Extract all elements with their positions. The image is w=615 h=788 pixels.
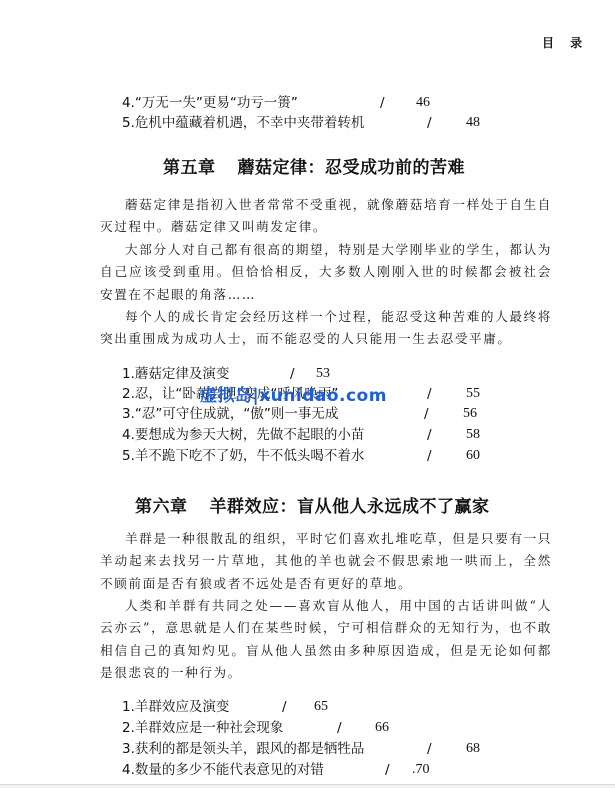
toc-entry-number: 4. — [122, 427, 135, 443]
toc-entry-number: 4. — [122, 95, 135, 111]
toc-entry-title: “万无一失”更易“功亏一篑” — [135, 95, 298, 111]
toc-entry-page-number: 46 — [416, 95, 430, 111]
chapter-5-paragraph-3: 每个人的成长肯定会经历这样一个过程，能忍受这种苦难的人最终将突出重围成为成功人士… — [100, 306, 552, 351]
toc-entry-page-number: 66 — [375, 720, 389, 736]
chapter-5-paragraph-2: 大部分人对自己都有很高的期望，特别是大学刚毕业的学生，都认为自己应该受到重用。但… — [100, 239, 552, 306]
toc-entry-number: 4. — [122, 762, 135, 778]
toc-entry-separator: / — [424, 406, 429, 422]
chapter-6-heading: 第六章羊群效应：盲从他人永远成不了赢家 — [135, 492, 490, 517]
chapter-6-paragraph-2: 人类和羊群有共同之处——喜欢盲从他人，用中国的古话讲叫做“人云亦云”，意思就是人… — [100, 595, 552, 685]
toc-entry-number: 3. — [122, 741, 135, 757]
toc-entry-number: 5. — [122, 115, 135, 131]
toc-entry[interactable]: 4.数量的多少不能代表意见的对错/.70 — [122, 762, 324, 778]
toc-entry[interactable]: 1.蘑菇定律及演变/53 — [122, 366, 229, 382]
chapter-5-title: 蘑菇定律：忍受成功前的苦难 — [238, 158, 466, 178]
toc-entry-page-number: .70 — [412, 762, 430, 778]
chapter-6-number: 第六章 — [135, 497, 188, 517]
toc-entry-separator: / — [427, 741, 432, 757]
toc-entry-separator: / — [427, 427, 432, 443]
toc-entry-page-number: 55 — [466, 386, 480, 402]
chapter-5-heading: 第五章蘑菇定律：忍受成功前的苦难 — [163, 153, 465, 178]
toc-entry[interactable]: 4.“万无一失”更易“功亏一篑”/46 — [122, 95, 298, 111]
toc-entry-number: 2. — [122, 720, 135, 736]
toc-entry-title: 获利的都是领头羊，跟风的都是牺牲品 — [135, 741, 365, 757]
chapter-6-paragraph-1: 羊群是一种很散乱的组织，平时它们喜欢扎堆吃草，但是只要有一只羊动起来去找另一片草… — [100, 528, 552, 595]
toc-entry-number: 1. — [122, 366, 135, 382]
running-header: 目 录 — [542, 34, 588, 51]
toc-entry[interactable]: 1.羊群效应及演变/65 — [122, 699, 229, 715]
toc-entry-page-number: 65 — [314, 699, 328, 715]
toc-entry-separator: / — [337, 720, 342, 736]
toc-entry-page-number: 56 — [463, 406, 477, 422]
toc-entry-page-number: 48 — [466, 115, 480, 131]
toc-entry[interactable]: 3.“忍”可守住成就，“傲”则一事无成/56 — [122, 406, 338, 422]
chapter-5-paragraph-1: 蘑菇定律是指初入世者常常不受重视，就像蘑菇培育一样处于自生自灭过程中。蘑菇定律又… — [100, 194, 552, 239]
toc-entry-title: 蘑菇定律及演变 — [135, 366, 230, 382]
toc-entry-title: 羊不跪下吃不了奶，牛不低头喝不着水 — [135, 448, 365, 464]
toc-entry-page-number: 53 — [316, 366, 330, 382]
toc-entry-title: 羊群效应是一种社会现象 — [135, 720, 284, 736]
toc-entry-separator: / — [290, 366, 295, 382]
toc-entry-number: 3. — [122, 406, 135, 422]
toc-entry-separator: / — [427, 448, 432, 464]
watermark: 虚拟岛|xunidao.com — [200, 381, 387, 406]
chapter-6-title: 羊群效应：盲从他人永远成不了赢家 — [210, 497, 490, 517]
toc-entry-title: 羊群效应及演变 — [135, 699, 230, 715]
toc-entry-number: 2. — [122, 386, 135, 402]
toc-entry[interactable]: 5.危机中蕴藏着机遇，不幸中夹带着转机/48 — [122, 115, 364, 131]
toc-entry[interactable]: 4.要想成为参天大树，先做不起眼的小苗/58 — [122, 427, 364, 443]
toc-entry-separator: / — [385, 762, 390, 778]
toc-entry-separator: / — [427, 115, 432, 131]
toc-entry-title: 数量的多少不能代表意见的对错 — [135, 762, 324, 778]
page-bottom-edge — [0, 784, 615, 788]
toc-entry-page-number: 60 — [466, 448, 480, 464]
toc-entry-title: 要想成为参天大树，先做不起眼的小苗 — [135, 427, 365, 443]
toc-entry-separator: / — [282, 699, 287, 715]
toc-entry-number: 5. — [122, 448, 135, 464]
toc-entry[interactable]: 5.羊不跪下吃不了奶，牛不低头喝不着水/60 — [122, 448, 364, 464]
toc-entry-page-number: 68 — [466, 741, 480, 757]
toc-entry-page-number: 58 — [466, 427, 480, 443]
toc-entry-separator: / — [380, 95, 385, 111]
toc-entry-separator: / — [427, 386, 432, 402]
toc-entry-number: 1. — [122, 699, 135, 715]
toc-entry[interactable]: 3.获利的都是领头羊，跟风的都是牺牲品/68 — [122, 741, 364, 757]
toc-entry[interactable]: 2.羊群效应是一种社会现象/66 — [122, 720, 283, 736]
toc-entry-title: “忍”可守住成就，“傲”则一事无成 — [135, 406, 338, 422]
chapter-5-number: 第五章 — [163, 158, 216, 178]
toc-entry-title: 危机中蕴藏着机遇，不幸中夹带着转机 — [135, 115, 365, 131]
